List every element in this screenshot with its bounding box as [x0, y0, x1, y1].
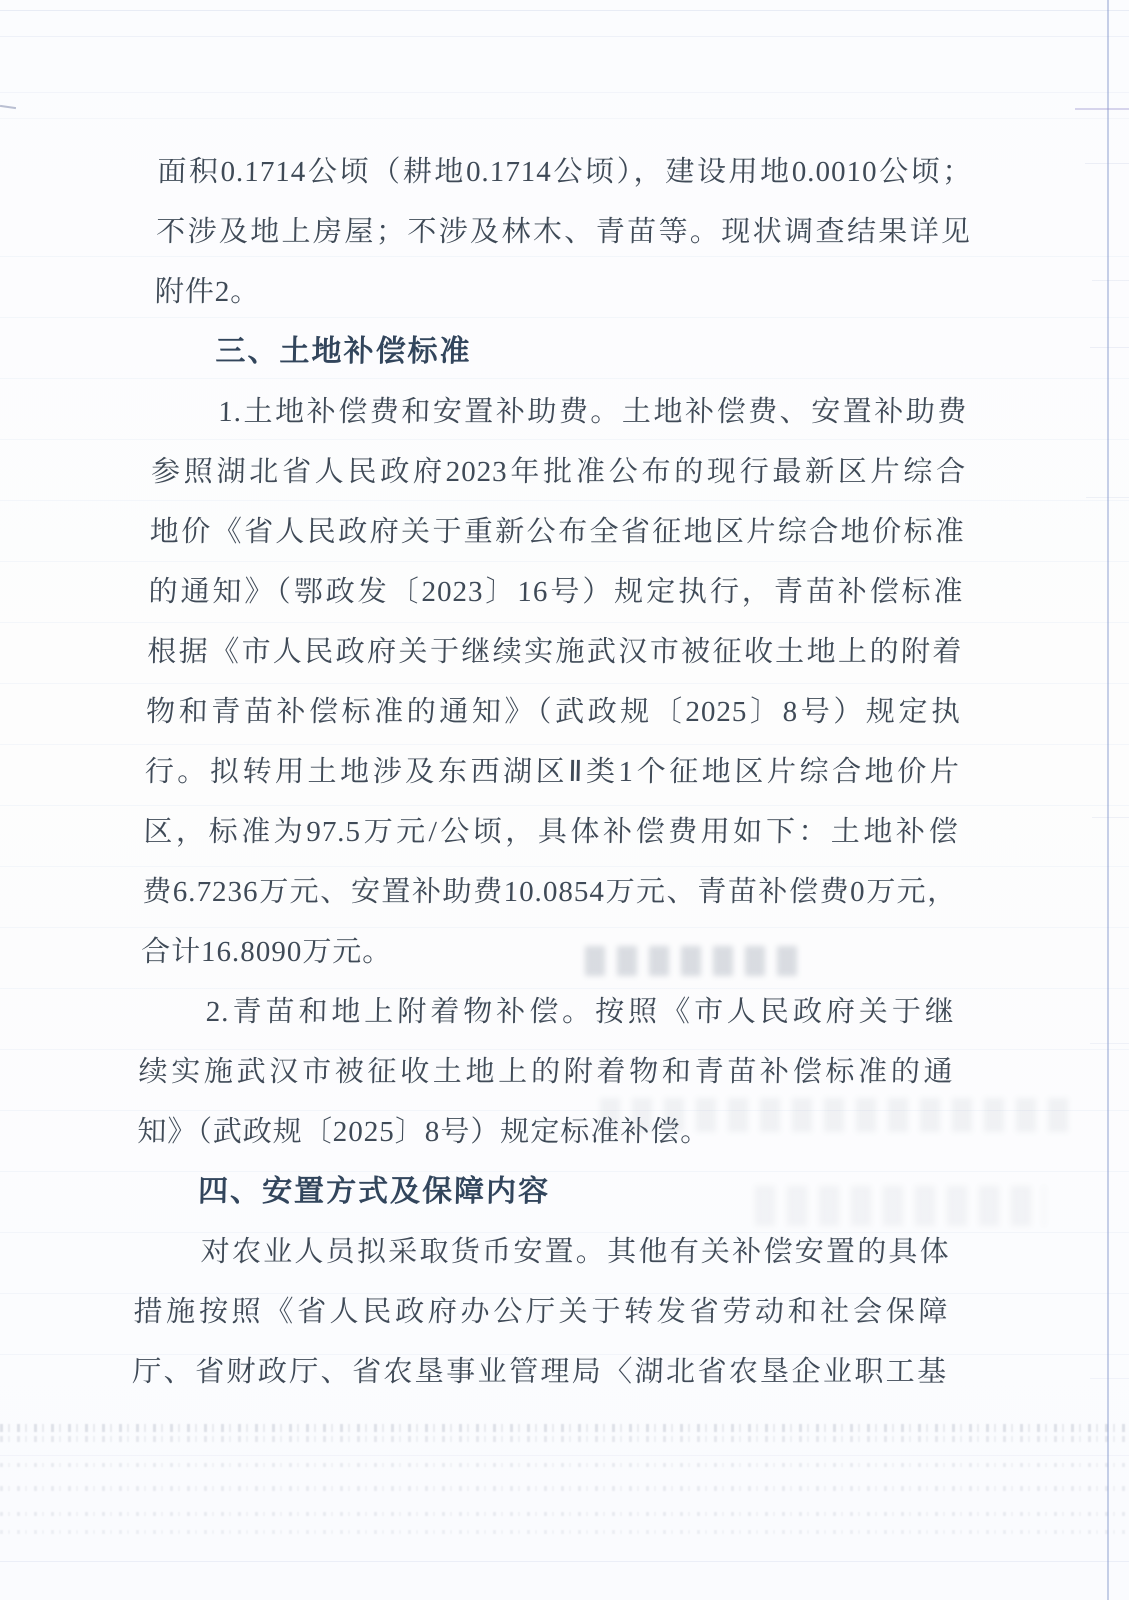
scan-artifact-line — [0, 118, 1129, 119]
scan-noise-band — [0, 1530, 1129, 1534]
document-page: 面积0.1714公顷（耕地0.1714公顷），建设用地0.0010公顷；不涉及地… — [0, 0, 1129, 1600]
scan-artifact-line — [0, 1561, 1129, 1562]
section-heading: 三、土地补偿标准 — [153, 322, 969, 382]
scan-tick — [1085, 163, 1129, 164]
text-line: 合计16.8090万元。 — [140, 922, 956, 982]
text-line: 区，标准为97.5万元/公顷，具体补偿费用如下：土地补偿 — [143, 802, 959, 862]
scan-noise-band — [0, 1486, 1129, 1491]
text-line: 不涉及地上房屋；不涉及林木、青苗等。现状调查结果详见 — [155, 202, 971, 262]
scan-noise-band — [0, 1436, 1129, 1442]
text-line: 地价《省人民政府关于重新公布全省征地区片综合地价标准 — [149, 502, 965, 562]
scan-noise-band — [0, 1463, 1129, 1467]
scan-artifact-line — [0, 92, 1129, 93]
scan-artifact-line — [0, 36, 1129, 37]
scan-tick — [1090, 1378, 1129, 1379]
scan-artifact-line — [0, 1455, 1129, 1456]
text-line: 1.土地补偿费和安置补助费。土地补偿费、安置补助费 — [152, 382, 968, 442]
scan-tick — [1075, 108, 1129, 110]
text-line: 根据《市人民政府关于继续实施武汉市被征收土地上的附着 — [147, 622, 963, 682]
scan-tick — [1086, 497, 1129, 498]
text-line: 续实施武汉市被征收土地上的附着物和青苗补偿标准的通 — [138, 1042, 954, 1102]
text-line: 对农业人员拟采取货币安置。其他有关补偿安置的具体 — [134, 1222, 950, 1282]
section-heading: 四、安置方式及保障内容 — [135, 1162, 951, 1222]
scan-tick — [1092, 817, 1129, 818]
scan-tick — [1090, 1043, 1129, 1044]
document-text: 面积0.1714公顷（耕地0.1714公顷），建设用地0.0010公顷；不涉及地… — [132, 142, 973, 1402]
text-line: 面积0.1714公顷（耕地0.1714公顷），建设用地0.0010公顷； — [157, 142, 973, 202]
text-line: 的通知》（鄂政发〔2023〕16号）规定执行，青苗补偿标准 — [148, 562, 964, 622]
scan-tick — [1090, 347, 1129, 348]
text-line: 知》（武政规〔2025〕8号）规定标准补偿。 — [137, 1102, 953, 1162]
text-line: 参照湖北省人民政府2023年批准公布的现行最新区片综合 — [150, 442, 966, 502]
text-line: 费6.7236万元、安置补助费10.0854万元、青苗补偿费0万元， — [142, 862, 958, 922]
text-line: 厅、省财政厅、省农垦事业管理局〈湖北省农垦企业职工基 — [132, 1342, 948, 1402]
text-line: 行。拟转用土地涉及东西湖区Ⅱ类1个征地区片综合地价片 — [144, 742, 960, 802]
scan-edge-mark — [0, 105, 16, 109]
text-line: 附件2。 — [154, 262, 970, 322]
text-line: 物和青苗补偿标准的通知》（武政规〔2025〕8号）规定执 — [145, 682, 961, 742]
scan-vertical-line — [1107, 0, 1109, 1600]
scan-noise-band — [0, 1512, 1129, 1516]
scan-noise-band — [0, 1424, 1129, 1432]
scan-tick — [1092, 280, 1129, 281]
text-line: 2.青苗和地上附着物补偿。按照《市人民政府关于继 — [139, 982, 955, 1042]
scan-artifact-line — [0, 10, 1129, 11]
text-line: 措施按照《省人民政府办公厅关于转发省劳动和社会保障 — [133, 1282, 949, 1342]
